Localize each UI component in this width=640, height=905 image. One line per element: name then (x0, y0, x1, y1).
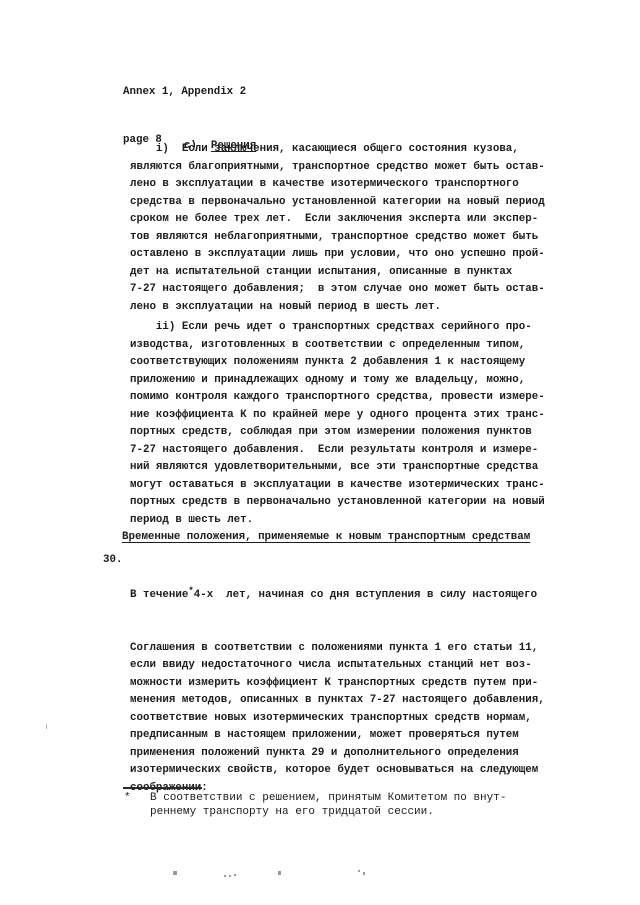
paragraph-ii: ii) Если речь идет о транспортных средст… (130, 319, 545, 529)
scan-artifact (358, 870, 360, 872)
document-page: Annex 1, Appendix 2 page 8 c)Решения i) … (0, 0, 640, 905)
scan-artifact (278, 871, 281, 875)
scan-artifact (173, 871, 177, 875)
paragraph-i: i) Если заключения, касающиеся общего со… (130, 141, 545, 316)
footnote-separator-rule (123, 787, 202, 789)
paragraph-30-line1-post: 4-х лет, начиная со дня вступления в сил… (194, 589, 537, 601)
paragraph-30-rest: Соглашения в соответствии с положениями … (130, 640, 545, 798)
interim-provisions-heading: Временные положения, применяемые к новым… (122, 529, 530, 547)
paragraph-30-number: 30. (103, 552, 122, 570)
scan-artifact (224, 875, 226, 877)
paragraph-30-line1-pre: В течение (130, 589, 188, 601)
scan-artifact (46, 724, 47, 729)
scan-artifact (363, 872, 365, 875)
annex-reference: Annex 1, Appendix 2 (123, 84, 246, 100)
paragraph-30: В течение*4-х лет, начиная со дня вступл… (130, 552, 545, 832)
footnote-text: В соответствии с решением, принятым Коми… (150, 792, 506, 819)
scan-artifact (234, 874, 236, 876)
footnote-mark: * (124, 792, 131, 806)
scan-artifact (229, 875, 231, 877)
paragraph-30-line1: В течение*4-х лет, начиная со дня вступл… (130, 587, 545, 605)
